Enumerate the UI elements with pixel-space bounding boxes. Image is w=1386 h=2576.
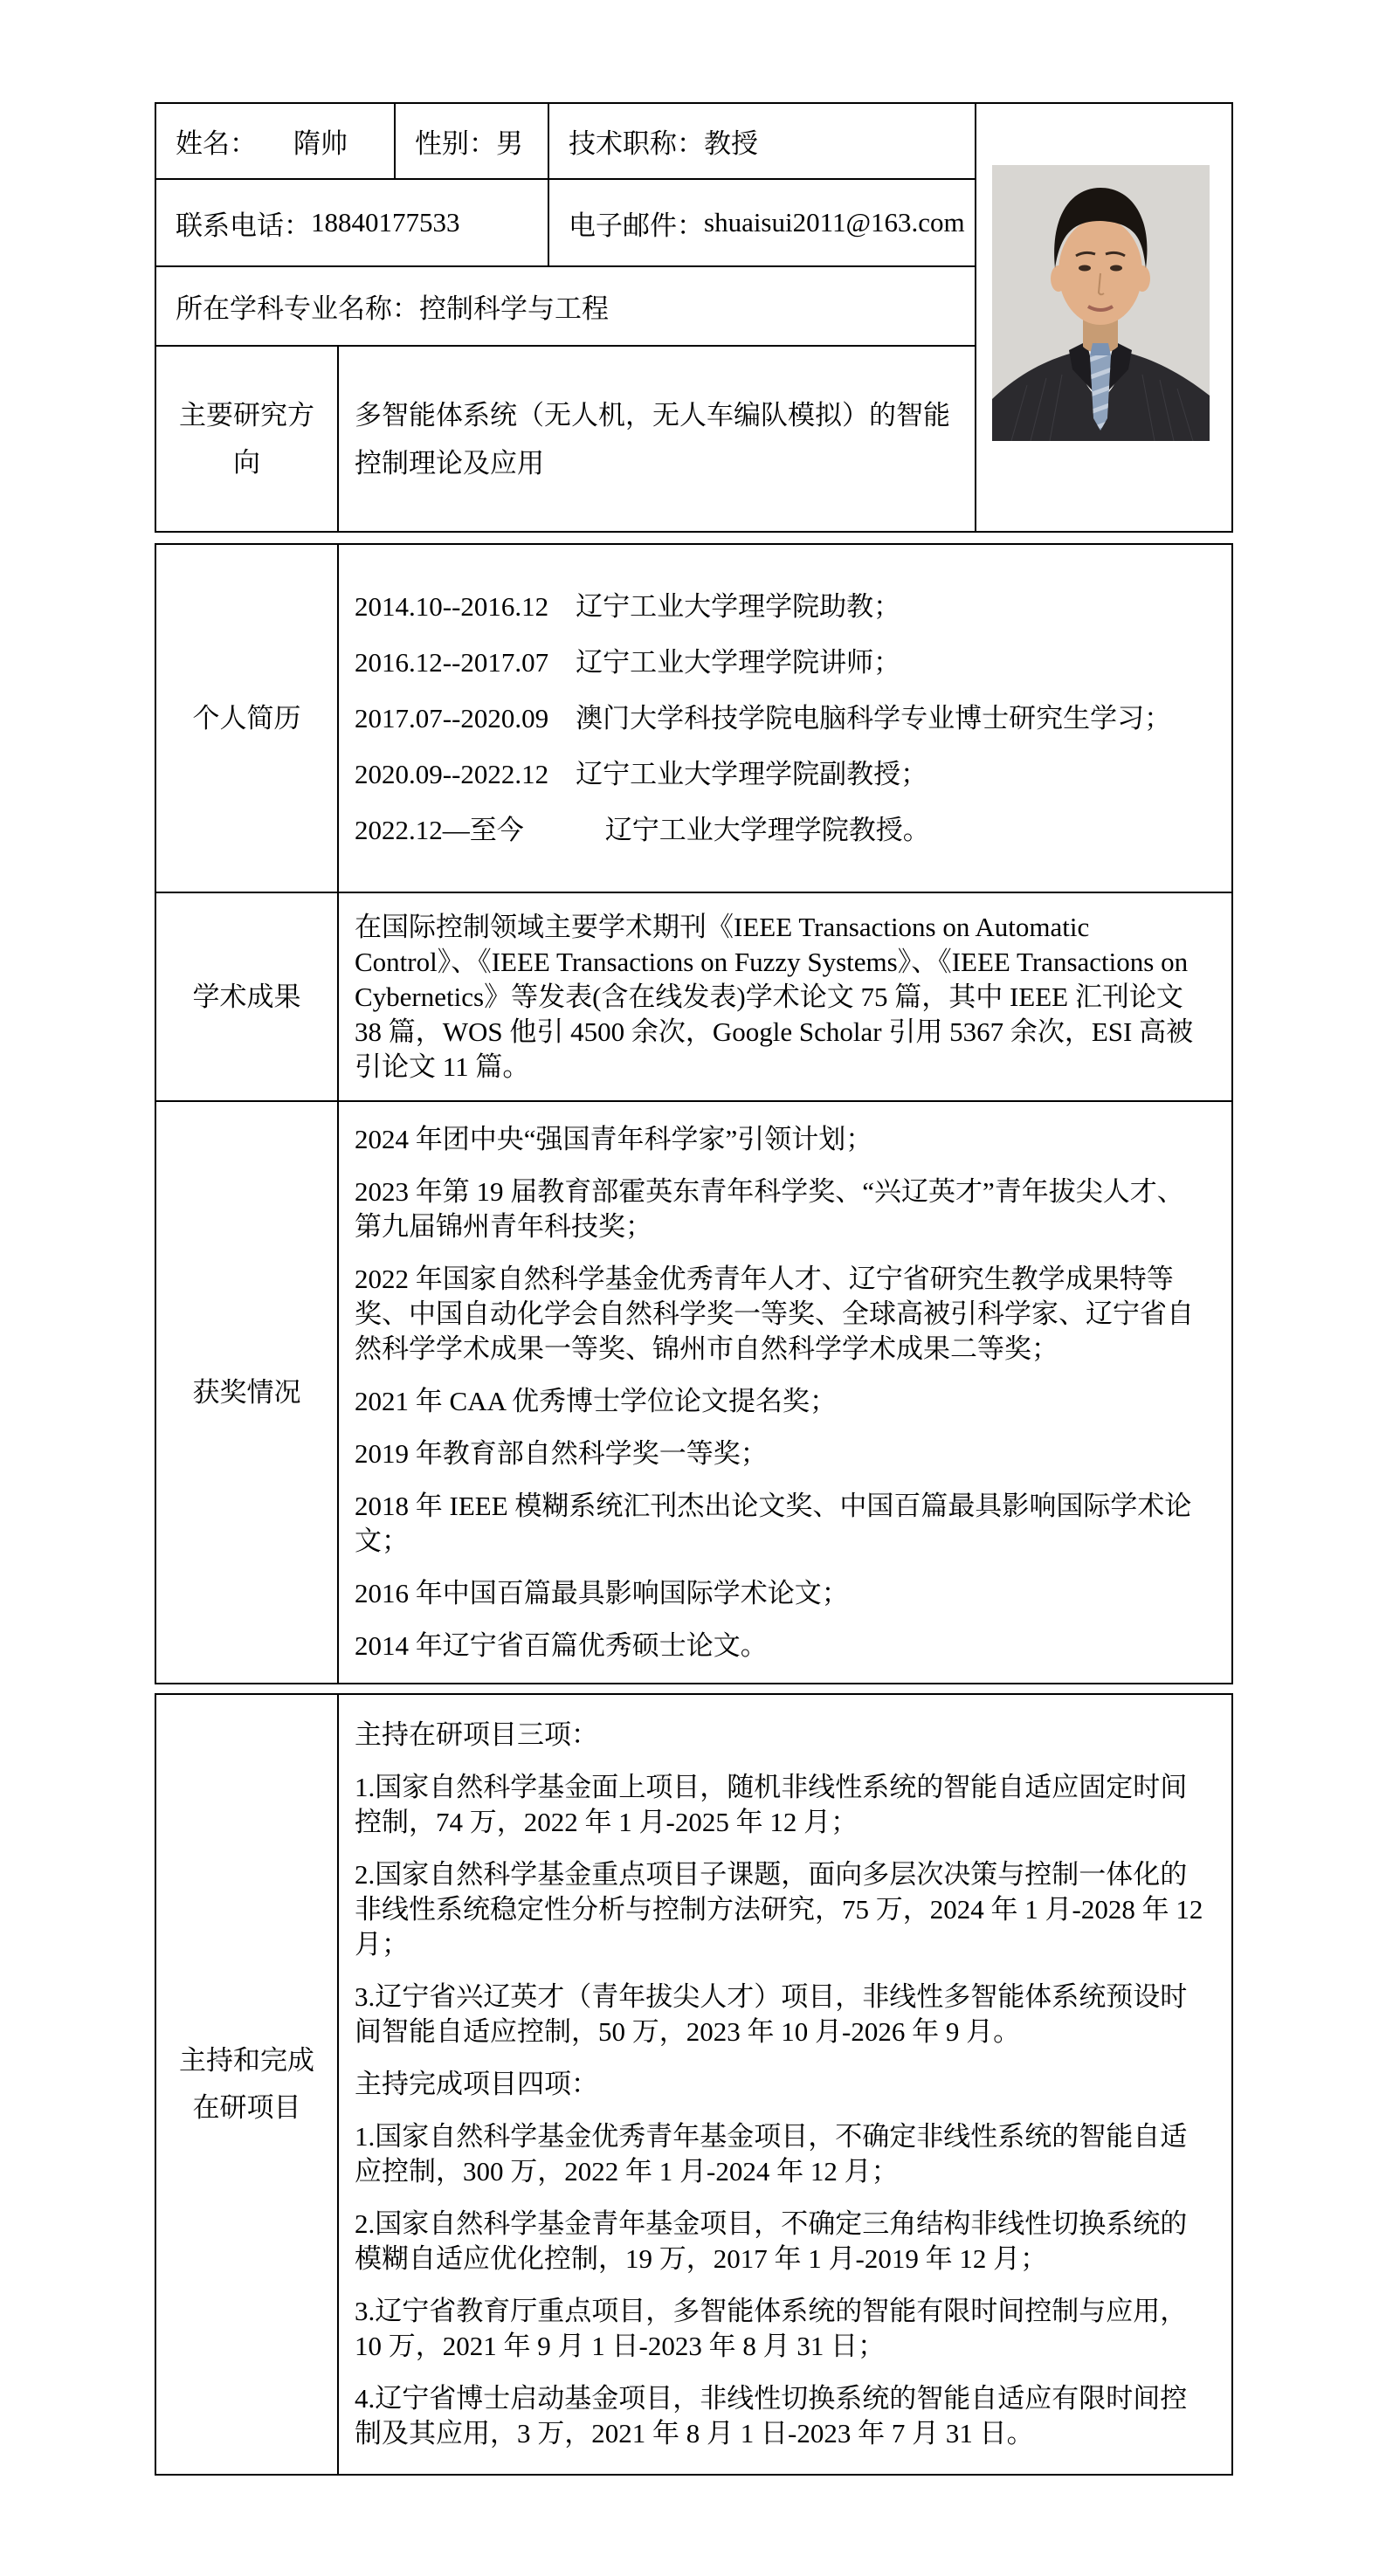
achievements-cell: 在国际控制领域主要学术期刊《IEEE Transactions on Autom… [339, 893, 1231, 1102]
discipline-value: 控制科学与工程 [419, 286, 609, 326]
portrait-photo [992, 165, 1210, 441]
award-item: 2022 年国家自然科学基金优秀青年人才、辽宁省研究生教学成果特等奖、中国自动化… [355, 1262, 1209, 1367]
achievements-text: 在国际控制领域主要学术期刊《IEEE Transactions on Autom… [355, 910, 1209, 1085]
resume-item: 2022.12—至今 辽宁工业大学理学院教授。 [355, 813, 1209, 848]
basic-info-table: 姓名：隋帅 性别：男 技术职称：教授 联系电话：18840177533 电子邮件… [155, 102, 1233, 533]
photo-cell [976, 104, 1231, 531]
projects-label: 主持和完成在研项目 [156, 1695, 339, 2474]
award-item: 2023 年第 19 届教育部霍英东青年科学奖、“兴辽英才”青年拔尖人才、第九届… [355, 1174, 1209, 1244]
job-title-cell: 技术职称：教授 [549, 104, 976, 180]
middle-table: 个人简历 2014.10--2016.12 辽宁工业大学理学院助教； 2016.… [155, 543, 1233, 1684]
portrait-illustration [992, 165, 1210, 441]
email-label: 电子邮件： [569, 203, 704, 243]
award-item: 2014 年辽宁省百篇优秀硕士论文。 [355, 1629, 1209, 1663]
research-direction-label: 主要研究方向 [156, 347, 339, 531]
award-item: 2024 年团中央“强国青年科学家”引领计划； [355, 1122, 1209, 1157]
achievements-label: 学术成果 [156, 893, 339, 1102]
name-value: 隋帅 [293, 121, 348, 161]
project-item: 1.国家自然科学基金优秀青年基金项目，不确定非线性系统的智能自适应控制，300 … [355, 2119, 1209, 2189]
award-item: 2019 年教育部自然科学奖一等奖； [355, 1436, 1209, 1471]
phone-cell: 联系电话：18840177533 [156, 180, 549, 267]
gender-cell: 性别：男 [396, 104, 549, 180]
project-item: 3.辽宁省教育厅重点项目，多智能体系统的智能有限时间控制与应用，10 万，202… [355, 2294, 1209, 2364]
awards-label: 获奖情况 [156, 1102, 339, 1683]
resume-cell: 2014.10--2016.12 辽宁工业大学理学院助教； 2016.12--2… [339, 545, 1231, 893]
discipline-cell: 所在学科专业名称：控制科学与工程 [156, 267, 976, 347]
research-direction-text: 多智能体系统（无人机，无人车编队模拟）的智能控制理论及应用 [355, 391, 952, 487]
gender-value: 男 [496, 121, 523, 161]
award-item: 2016 年中国百篇最具影响国际学术论文； [355, 1576, 1209, 1611]
resume-item: 2020.09--2022.12 辽宁工业大学理学院副教授； [355, 757, 1209, 792]
email-cell: 电子邮件：shuaisui2011@163.com [549, 180, 976, 267]
phone-value: 18840177533 [311, 207, 460, 238]
job-title-value: 教授 [704, 121, 758, 161]
resume-item: 2014.10--2016.12 辽宁工业大学理学院助教； [355, 589, 1209, 624]
name-label: 姓名： [176, 121, 257, 161]
project-item: 4.辽宁省博士启动基金项目，非线性切换系统的智能自适应有限时间控制及其应用，3 … [355, 2381, 1209, 2451]
projects-header-ongoing: 主持在研项目三项： [355, 1718, 1209, 1753]
project-item: 3.辽宁省兴辽英才（青年拔尖人才）项目，非线性多智能体系统预设时间智能自适应控制… [355, 1980, 1209, 2049]
project-item: 1.国家自然科学基金面上项目，随机非线性系统的智能自适应固定时间控制，74 万，… [355, 1770, 1209, 1840]
projects-table: 主持和完成在研项目 主持在研项目三项： 1.国家自然科学基金面上项目，随机非线性… [155, 1693, 1233, 2476]
gender-label: 性别： [415, 121, 496, 161]
projects-cell: 主持在研项目三项： 1.国家自然科学基金面上项目，随机非线性系统的智能自适应固定… [339, 1695, 1231, 2474]
award-item: 2021 年 CAA 优秀博士学位论文提名奖； [355, 1384, 1209, 1419]
awards-cell: 2024 年团中央“强国青年科学家”引领计划； 2023 年第 19 届教育部霍… [339, 1102, 1231, 1683]
email-value: shuaisui2011@163.com [704, 207, 965, 238]
research-direction-cell: 多智能体系统（无人机，无人车编队模拟）的智能控制理论及应用 [339, 347, 976, 531]
projects-header-completed: 主持完成项目四项： [355, 2067, 1209, 2102]
award-item: 2018 年 IEEE 模糊系统汇刊杰出论文奖、中国百篇最具影响国际学术论文； [355, 1489, 1209, 1559]
phone-label: 联系电话： [176, 203, 311, 243]
resume-item: 2016.12--2017.07 辽宁工业大学理学院讲师； [355, 645, 1209, 680]
cv-document-page: 姓名：隋帅 性别：男 技术职称：教授 联系电话：18840177533 电子邮件… [0, 0, 1386, 2576]
resume-label: 个人简历 [156, 545, 339, 893]
resume-item: 2017.07--2020.09 澳门大学科技学院电脑科学专业博士研究生学习； [355, 701, 1209, 736]
project-item: 2.国家自然科学基金重点项目子课题，面向多层次决策与控制一体化的非线性系统稳定性… [355, 1857, 1209, 1962]
name-cell: 姓名：隋帅 [156, 104, 396, 180]
discipline-label: 所在学科专业名称： [176, 286, 419, 326]
job-title-label: 技术职称： [569, 121, 704, 161]
project-item: 2.国家自然科学基金青年基金项目，不确定三角结构非线性切换系统的模糊自适应优化控… [355, 2207, 1209, 2276]
